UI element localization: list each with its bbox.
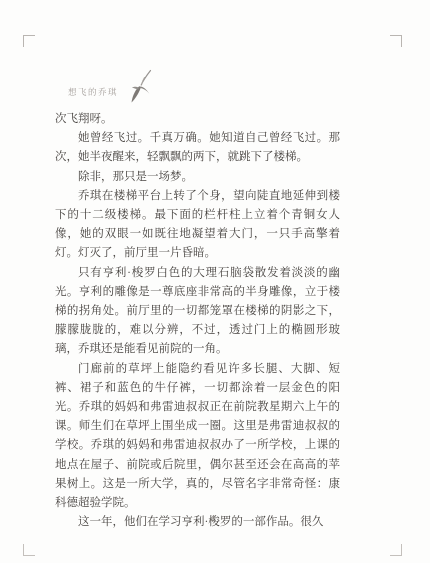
- crop-mark-bottom-left: [23, 544, 35, 556]
- paragraph: 除非，那只是一场梦。: [55, 168, 340, 187]
- crop-mark-bottom-right: [390, 544, 402, 556]
- paragraph: 门廊前的草坪上能隐约看见许多长腿、大脚、短裤、裙子和蓝色的牛仔裤，一切都涂着一层…: [55, 360, 340, 514]
- paragraph: 乔琪在楼梯平台上转了个身，望向陡直地延伸到楼下的十二级楼梯。最下面的栏杆柱上立着…: [55, 187, 340, 264]
- running-header-title: 想飞的乔琪: [68, 86, 118, 98]
- crop-mark-top-left: [23, 35, 35, 47]
- crop-mark-top-right: [390, 35, 402, 47]
- paragraph-continuation: 次飞翔呀。: [55, 110, 340, 129]
- book-page: 想飞的乔琪 次飞翔呀。 她曾经飞过。千真万确。她知道自己曾经飞过。那次，她半夜醒…: [0, 0, 430, 563]
- page-body: 次飞翔呀。 她曾经飞过。千真万确。她知道自己曾经飞过。那次，她半夜醒来，轻飘飘的…: [55, 110, 340, 532]
- page-number: 4: [23, 513, 401, 525]
- paragraph: 只有亨利·梭罗白色的大理石脑袋散发着淡淡的幽光。亨利的雕像是一尊底座非常高的半身…: [55, 264, 340, 360]
- bird-icon: [126, 69, 154, 107]
- paragraph: 她曾经飞过。千真万确。她知道自己曾经飞过。那次，她半夜醒来，轻飘飘的两下，就跳下…: [55, 129, 340, 167]
